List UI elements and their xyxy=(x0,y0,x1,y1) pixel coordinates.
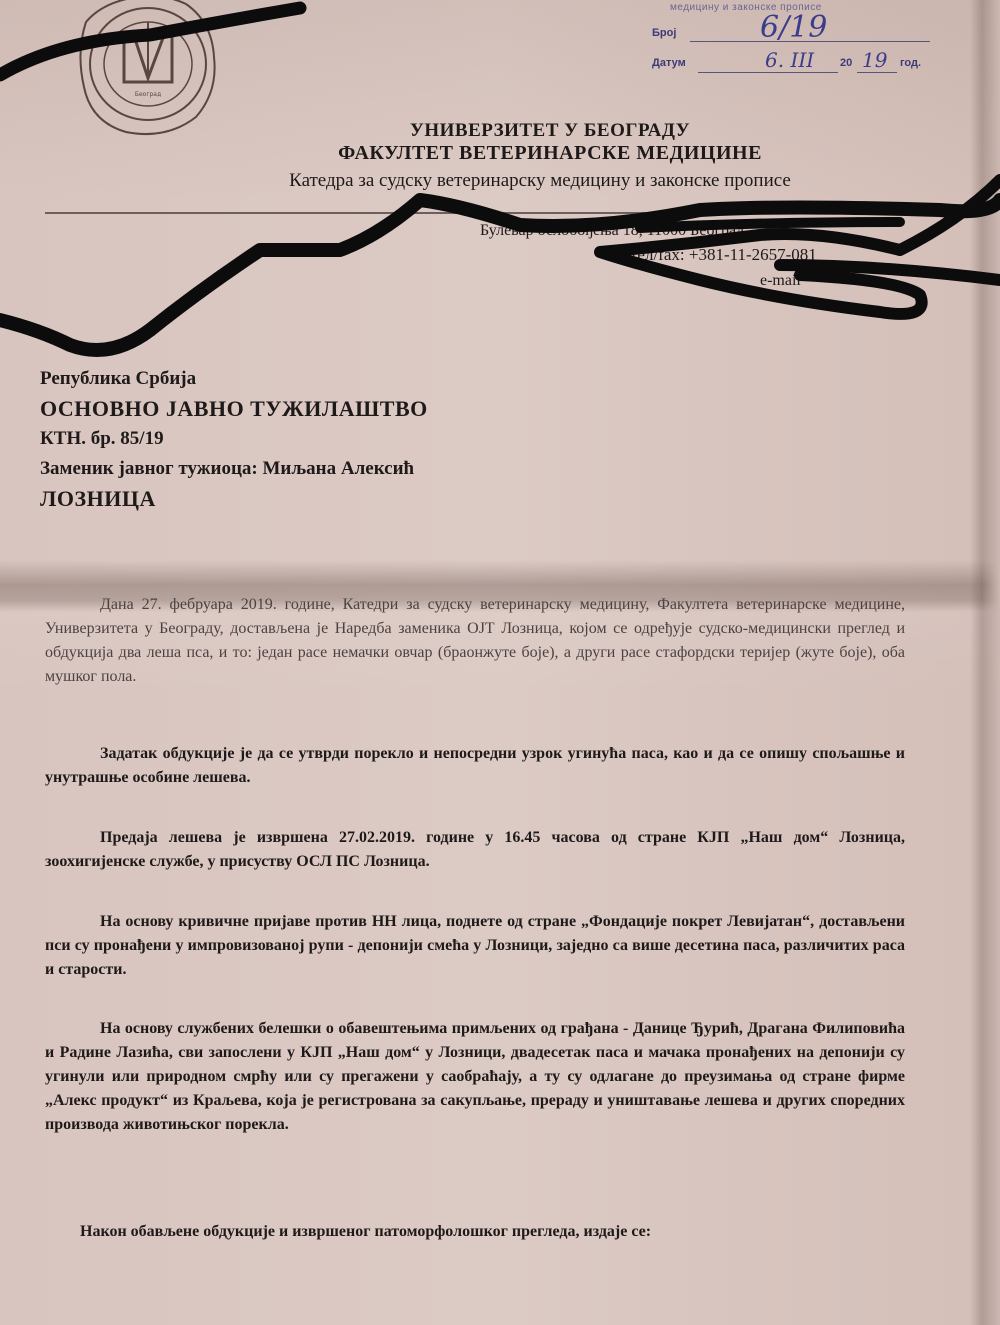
recipient-case-number: КТН. бр. 85/19 xyxy=(40,424,428,454)
body-paragraph: На основу кривичне пријаве против НН лиц… xyxy=(45,910,905,982)
faculty-seal-icon: Београд xyxy=(66,0,226,137)
body-paragraph: Задатак обдукције је да се утврди порекл… xyxy=(45,742,905,790)
registry-year-prefix: 20 xyxy=(840,57,852,69)
registry-date-label: Датум xyxy=(652,57,686,69)
registry-year-value: 19 xyxy=(862,48,887,72)
faculty-name: ФАКУЛТЕТ ВЕТЕРИНАРСКЕ МЕДИЦИНЕ xyxy=(50,142,1000,165)
registry-year-suffix: год. xyxy=(900,57,921,69)
recipient-deputy: Заменик јавног тужиоца: Миљана Алексић xyxy=(40,454,428,484)
registry-number-value: 6/19 xyxy=(760,10,827,45)
email-line: e-mail xyxy=(760,272,801,290)
university-name: УНИВЕРЗИТЕТ У БЕОГРАДУ xyxy=(50,120,1000,142)
registry-stamp: медицину и законске прописе Број 6/19 Да… xyxy=(640,0,940,80)
letterhead-divider xyxy=(45,212,965,214)
registry-date-value: 6. III xyxy=(765,48,814,72)
body-paragraph: Предаја лешева је извршена 27.02.2019. г… xyxy=(45,826,905,874)
body-paragraph: Дана 27. фебруара 2019. године, Катедри … xyxy=(45,593,905,689)
phone-line: тел/fax: +381-11-2657-081 xyxy=(630,245,817,265)
recipient-office: ОСНОВНО ЈАВНО ТУЖИЛАШТВО xyxy=(40,394,428,424)
paper-fold-edge xyxy=(970,0,1000,1325)
recipient-city: ЛОЗНИЦА xyxy=(40,484,428,514)
registry-number-label: Број xyxy=(652,27,676,39)
recipient-country: Република Србија xyxy=(40,364,428,394)
recipient-block: Република Србија ОСНОВНО ЈАВНО ТУЖИЛАШТВ… xyxy=(40,364,428,514)
address-line: Булевар ослобођења 18, 11000 Београд xyxy=(480,222,744,240)
department-name: Катедра за судску ветеринарску медицину … xyxy=(40,170,1000,192)
body-paragraph: На основу службених белешки о обавештењи… xyxy=(45,1017,905,1137)
svg-text:Београд: Београд xyxy=(135,91,161,98)
body-paragraph: Након обављене обдукције и извршеног пат… xyxy=(45,1220,905,1244)
